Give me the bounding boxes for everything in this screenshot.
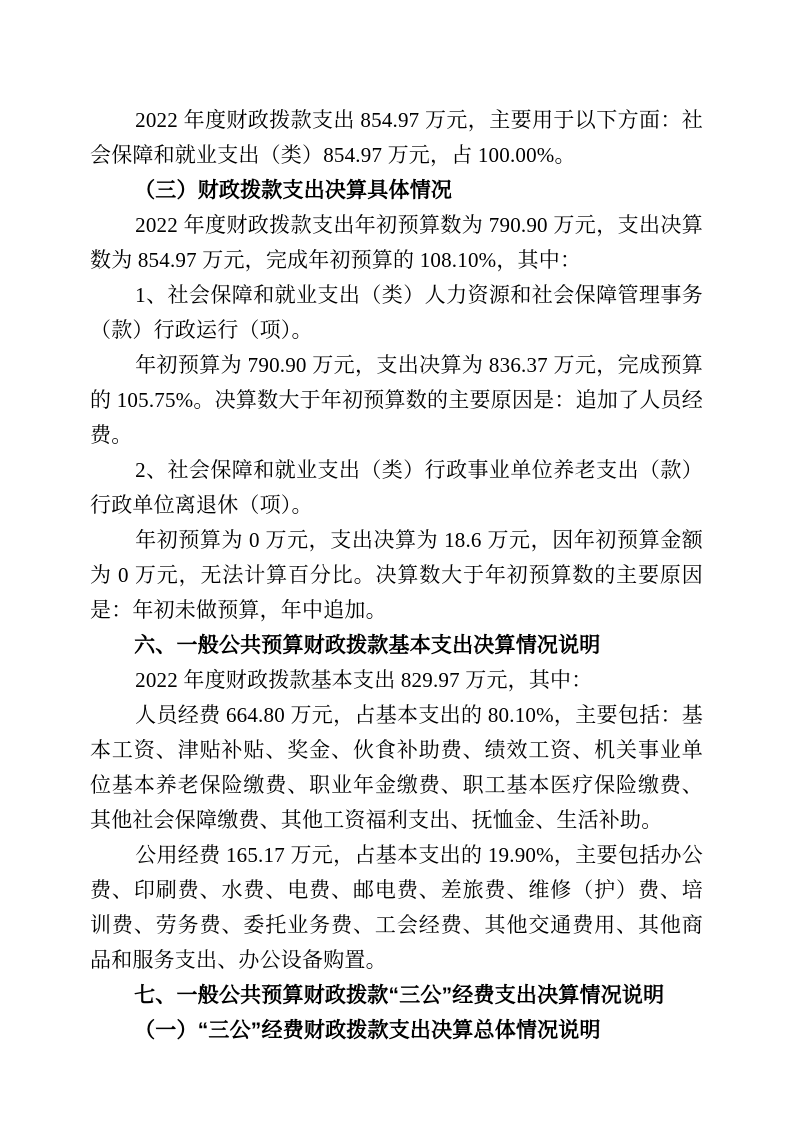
body-paragraph: 公用经费 165.17 万元，占基本支出的 19.90%，主要包括办公费、印刷费…: [90, 838, 703, 978]
body-paragraph: 人员经费 664.80 万元，占基本支出的 80.10%，主要包括：基本工资、津…: [90, 698, 703, 838]
body-paragraph: 2022 年度财政拨款基本支出 829.97 万元，其中：: [90, 663, 703, 698]
document-content: 2022 年度财政拨款支出 854.97 万元，主要用于以下方面：社会保障和就业…: [90, 103, 703, 1048]
body-paragraph: 年初预算为 0 万元，支出决算为 18.6 万元，因年初预算金额为 0 万元，无…: [90, 523, 703, 628]
body-paragraph: 2022 年度财政拨款支出 854.97 万元，主要用于以下方面：社会保障和就业…: [90, 103, 703, 173]
body-paragraph: 1、社会保障和就业支出（类）人力资源和社会保障管理事务（款）行政运行（项）。: [90, 278, 703, 348]
section-heading: 七、一般公共预算财政拨款“三公”经费支出决算情况说明: [90, 978, 703, 1013]
section-heading: （一）“三公”经费财政拨款支出决算总体情况说明: [90, 1013, 703, 1048]
document-page: 2022 年度财政拨款支出 854.97 万元，主要用于以下方面：社会保障和就业…: [0, 0, 793, 1122]
body-paragraph: 2、社会保障和就业支出（类）行政事业单位养老支出（款）行政单位离退休（项）。: [90, 453, 703, 523]
body-paragraph: 2022 年度财政拨款支出年初预算数为 790.90 万元，支出决算数为 854…: [90, 208, 703, 278]
section-heading: （三）财政拨款支出决算具体情况: [90, 173, 703, 208]
body-paragraph: 年初预算为 790.90 万元，支出决算为 836.37 万元，完成预算的 10…: [90, 348, 703, 453]
section-heading: 六、一般公共预算财政拨款基本支出决算情况说明: [90, 628, 703, 663]
